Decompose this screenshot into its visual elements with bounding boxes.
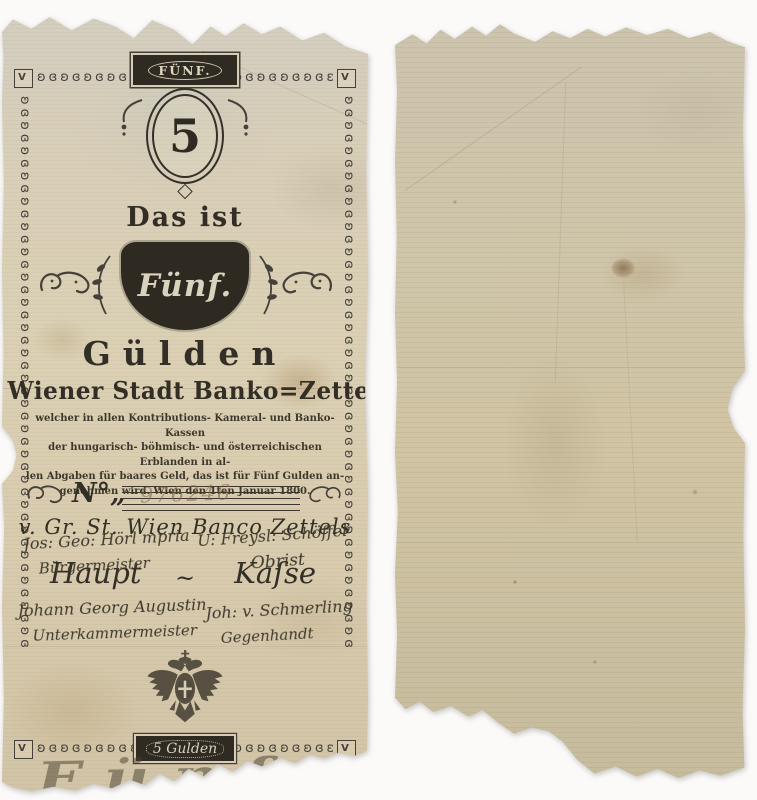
signature-block: Jos: Geo: Hörl mpria Bürgermeister — [23, 526, 191, 579]
signature-title: Unterkammermeister — [32, 621, 207, 645]
paper-grain — [395, 22, 745, 788]
gulden-text: Gülden — [2, 334, 368, 373]
scroll-flourish-icon — [280, 268, 332, 298]
medallion-pendant — [177, 184, 193, 200]
crease-line — [395, 542, 745, 543]
corner-value-mark: V — [14, 740, 33, 759]
das-ist-text: Das ist — [2, 202, 368, 233]
signature-title: Gegenhandt — [220, 622, 354, 647]
denomination-banner-text: FÜNF. — [148, 61, 221, 80]
corner-value-mark: V — [337, 740, 356, 759]
denomination-numeral: 5 — [169, 109, 201, 163]
scroll-hanger-icon — [114, 98, 144, 138]
legal-text-line: welcher in allen Kontributions- Kameral-… — [25, 412, 345, 441]
double-eagle-icon — [139, 650, 231, 736]
scroll-flourish-icon — [26, 480, 66, 508]
crease-line — [405, 67, 582, 191]
signature-block: Johann Georg Augustin Unterkammermeister — [17, 595, 207, 646]
denomination-shield: Fünf. — [121, 242, 249, 330]
ghost-offset-print: Fünf — [36, 747, 295, 793]
scroll-flourish-icon — [306, 480, 342, 508]
crease-line — [555, 82, 566, 382]
laurel-branch-icon — [256, 254, 282, 316]
scroll-flourish-icon — [40, 268, 92, 298]
signature-name: Joh: v. Schmerling — [205, 596, 353, 623]
crease-line — [2, 646, 368, 647]
scan-page: { "scene": { "background_color": "#fbfaf… — [0, 0, 757, 800]
banknote-front-paper: V ʚɞʚɞʚɞʚɞʚɞʚɞʚɞ ʚɞʚɞʚɞʚɞʚɞʚɞʚɞ V V ʚɞʚɞ… — [2, 10, 368, 793]
banknote-back-paper — [395, 22, 745, 788]
crease-line — [395, 367, 745, 368]
banknote-front: V ʚɞʚɞʚɞʚɞʚɞʚɞʚɞ ʚɞʚɞʚɞʚɞʚɞʚɞʚɞ V V ʚɞʚɞ… — [2, 10, 368, 793]
scroll-hanger-icon — [226, 98, 256, 138]
corner-value-mark: V — [337, 69, 356, 88]
signature-block: Joh: v. Schmerling Gegenhandt — [205, 596, 355, 648]
shield-text: Fünf. — [138, 268, 233, 304]
denomination-banner: FÜNF. — [133, 55, 237, 85]
serial-value: 976246 — [140, 480, 233, 507]
corner-value-mark: V — [14, 69, 33, 88]
denomination-medallion: 5 — [152, 94, 218, 178]
serial-label: N°„ — [72, 478, 126, 509]
serial-row: N°„ 976246 — [2, 476, 368, 520]
legal-text-line: der hungarisch- böhmisch- und österreich… — [25, 441, 345, 470]
crease-line — [623, 282, 638, 542]
note-title: Wiener Stadt Banko=Zettel — [7, 376, 362, 405]
banknote-back — [395, 22, 745, 788]
